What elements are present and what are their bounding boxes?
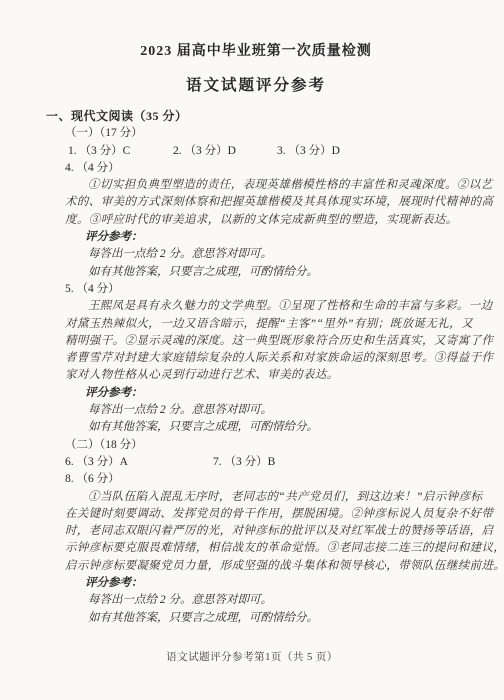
question-q5-label: 5. （4 分） [46,281,466,298]
answer-q3: 3. （3 分）D [277,143,340,160]
scoring-note-per-point: 每答出一点给 2 分。意思答对即可。 [46,246,466,263]
answer-q8-line: 时，老同志双眼闪着严厉的光，对钟彦标的批评以及对红军战士的赞扬等话语，启 [46,523,466,540]
answer-q7: 7. （3 分）B [213,454,317,471]
answer-q8-line: 启示钟彦标要凝聚党员力量，形成坚强的战斗集体和领导核心，带领队伍继续前进。 [46,558,466,575]
scoring-note-other: 如有其他答案，只要言之成理，可酌情给分。 [46,264,466,281]
scoring-note-other: 如有其他答案，只要言之成理，可酌情给分。 [46,419,466,436]
answer-q2: 2. （3 分）D [173,143,277,160]
answer-q4-line: 度。③呼应时代的审美追求，以新的文体完成新典型的塑造，实现新表达。 [46,212,466,229]
answer-q5-line: 对黛玉热辣似火，一边又语含暗示，提醒“主客”“里外”有别；既放诞无礼，又 [46,316,466,333]
answers-row-q6-q7: 6. （3 分）A 7. （3 分）B [46,454,466,471]
section-heading-modern-reading: 一、现代文阅读（35 分） [46,108,466,125]
answer-q1: 1. （3 分）C [46,143,173,160]
scoring-note-other: 如有其他答案，只要言之成理，可酌情给分。 [46,610,466,627]
question-q8-label: 8. （6 分） [46,471,466,488]
answer-q5-line: 家对人物性格从心灵到行动进行艺术、审美的表达。 [46,367,466,384]
exam-title: 2023 届高中毕业班第一次质量检测 [46,44,466,60]
answer-q5-line: 者曹雪芹对封建大家庭错综复杂的人际关系和对家族命运的深刻思考。③得益于作 [46,350,466,367]
answer-q8-line: ①当队伍陷入混乱无序时，老同志的“共产党员们，到这边来！”启示钟彦标 [46,489,466,506]
scoring-note-per-point: 每答出一点给 2 分。意思答对即可。 [46,592,466,609]
scoring-reference-header: 评分参考： [46,575,466,592]
answer-q8-line: 示钟彦标要克服畏难情绪，相信战友的革命觉悟。③老同志接二连三的提问和建议， [46,540,466,557]
answer-q4-line: 术的、审美的方式深刻体察和把握英雄楷模及其具体现实环境，展现时代精神的高 [46,194,466,211]
question-q4-label: 4. （4 分） [46,160,466,177]
scoring-note-per-point: 每答出一点给 2 分。意思答对即可。 [46,402,466,419]
answer-q6: 6. （3 分）A [46,454,213,471]
part2-heading: （二）（18 分） [46,437,466,454]
document-subtitle: 语文试题评分参考 [46,77,466,95]
scanned-answer-key-page: 2023 届高中毕业班第一次质量检测 语文试题评分参考 一、现代文阅读（35 分… [0,0,504,700]
answers-row-q1-q3: 1. （3 分）C 2. （3 分）D 3. （3 分）D [46,143,466,160]
answer-q8-line: 在关键时刻要调动、发挥党员的骨干作用，摆脱困境。②钟彦标说人员复杂不好带 [46,506,466,523]
answer-q5-line: 王熙凤是具有永久魅力的文学典型。①呈现了性格和生命的丰富与多彩。一边 [46,298,466,315]
scoring-reference-header: 评分参考： [46,385,466,402]
part1-heading: （一）（17 分） [46,125,466,142]
answer-q5-line: 精明强干。②显示灵魂的深度。这一典型既形象符合历史和生活真实，又寄寓了作 [46,333,466,350]
answer-q4-line: ①切实担负典型塑造的责任，表现英雄楷模性格的丰富性和灵魂深度。②以艺 [46,177,466,194]
page-footer: 语文试题评分参考第1页（共 5 页） [0,649,504,664]
answer-key-body: 一、现代文阅读（35 分） （一）（17 分） 1. （3 分）C 2. （3 … [46,108,466,627]
scoring-reference-header: 评分参考： [46,229,466,246]
